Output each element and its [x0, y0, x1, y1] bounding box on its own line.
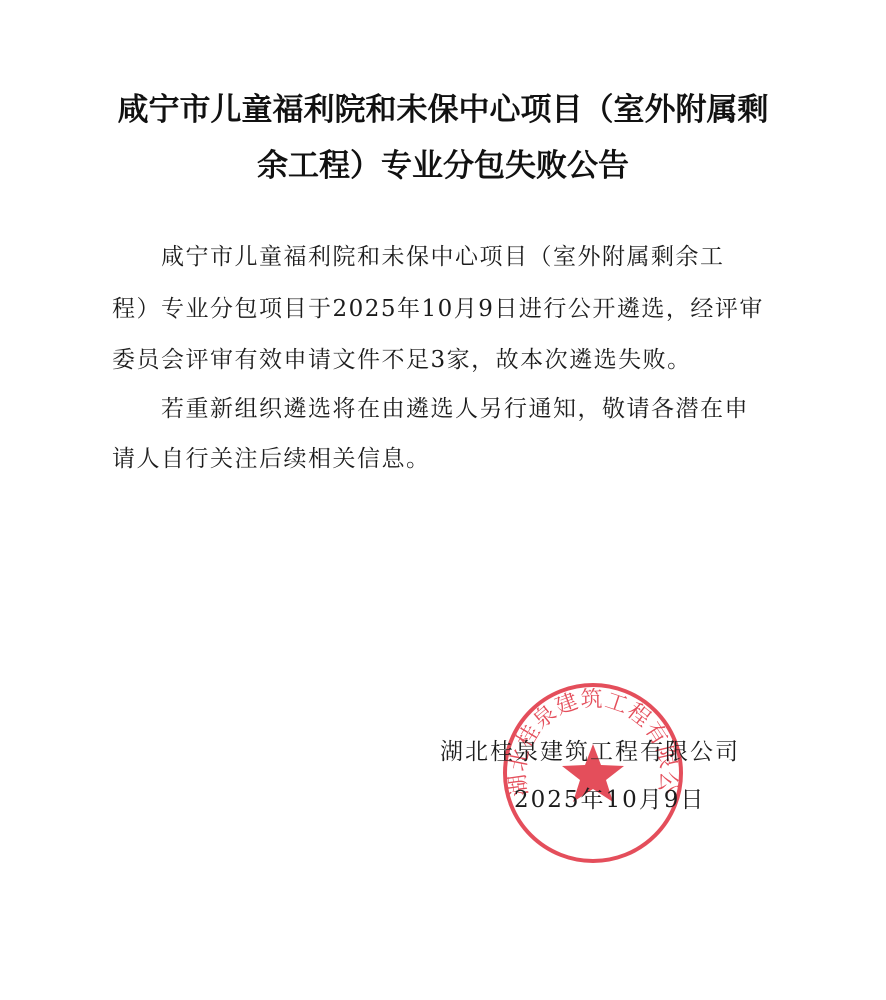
company-seal-stamp: 湖北桂泉建筑工程有限公司: [500, 680, 686, 866]
document-title-line-2: 余工程）专业分包失败公告: [0, 140, 886, 185]
signature-company: 湖北桂泉建筑工程有限公司: [440, 733, 740, 766]
paragraph-2-line-2: 请人自行关注后续相关信息。: [112, 440, 431, 473]
paragraph-1-line-1: 咸宁市儿童福利院和未保中心项目（室外附属剩余工: [161, 238, 725, 271]
paragraph-2-line-1: 若重新组织遴选将在由遴选人另行通知，敬请各潜在申: [161, 390, 749, 423]
document-title-line-1: 咸宁市儿童福利院和未保中心项目（室外附属剩: [0, 84, 886, 129]
paragraph-1-line-2: 程）专业分包项目于2025年10月9日进行公开遴选，经评审: [112, 290, 764, 323]
paragraph-1-line-3: 委员会评审有效申请文件不足3家，故本次遴选失败。: [112, 341, 692, 374]
signature-date: 2025年10月9日: [514, 781, 705, 814]
